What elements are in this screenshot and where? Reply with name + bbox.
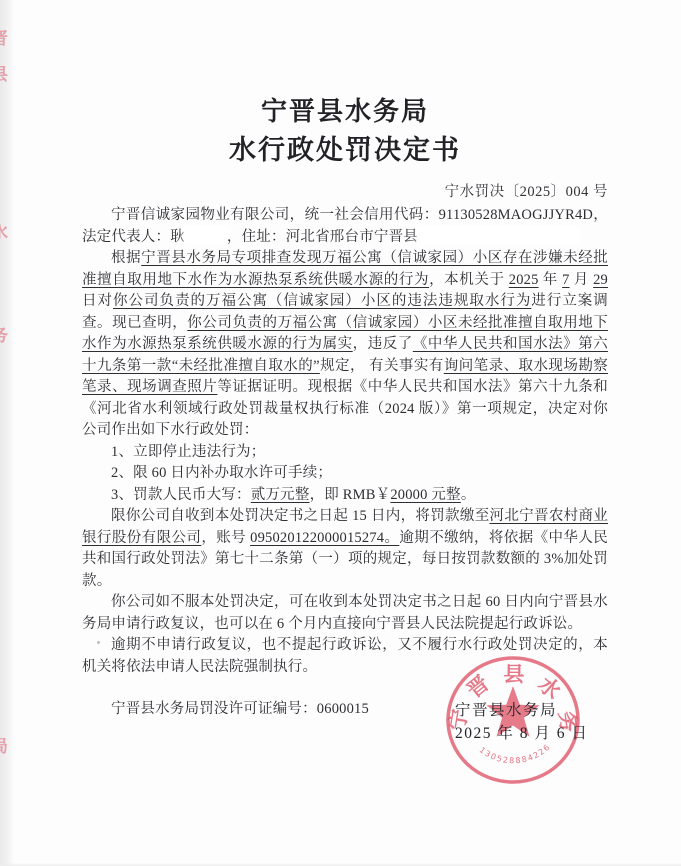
underlined-text: 7: [562, 272, 569, 288]
underlined-text: 2025: [509, 272, 539, 288]
issuing-authority-title: 宁晋县水务局: [82, 96, 608, 129]
underlined-text: 贰万元整: [251, 487, 310, 503]
body-text: 2、限 60 日内补办取水许可手续；: [111, 465, 332, 481]
party-info-paragraph: 宁晋信诚家园物业有限公司，统一社会信用代码：91130528MAOGJJYR4D…: [82, 205, 608, 248]
body-text: 日对: [82, 293, 113, 309]
body-text: ，违反了: [353, 336, 413, 352]
body-text: 你公司如不服本处罚决定，可在收到本处罚决定书之日起 60 日内向宁晋县水务局申请…: [82, 594, 608, 632]
body-text: 规定， 有关事实有: [320, 358, 444, 374]
body-text: 1、立即停止违法行为；: [111, 444, 265, 460]
edge-seal-fragment: 晋: [0, 30, 9, 48]
body-text: ，账号: [201, 530, 250, 546]
appeal-rights-paragraph: 你公司如不服本处罚决定，可在收到本处罚决定书之日起 60 日内向宁晋县水务局申请…: [82, 592, 608, 635]
underlined-text: 20000 元整: [390, 487, 460, 503]
penalty-item: 1、立即停止违法行为；: [82, 442, 608, 464]
body-text: 。: [461, 487, 476, 503]
document-type-title: 水行政处罚决定书: [82, 134, 608, 168]
underlined-text: 29: [593, 272, 608, 288]
edge-seal-fragment: 局: [0, 738, 9, 756]
body-text: ，本机关于: [429, 272, 509, 288]
document-number: 宁水罚决〔2025〕004 号: [82, 180, 608, 201]
underlined-text: 你公司负责的万福公寓（信诚家园）小区的违法违规取水行为: [113, 293, 531, 309]
body-text: ，即 RMB￥: [310, 487, 391, 503]
facts-and-basis-paragraph: 根据宁晋县水务局专项排查发现万福公寓（信诚家园）小区存在涉嫌未经批准擅自取用地下…: [82, 248, 608, 442]
edge-seal-fragment: 县: [0, 66, 9, 84]
underlined-text: 095020122000015274。: [250, 530, 399, 546]
penalty-item: 3、罚款人民币大写：贰万元整，即 RMB￥20000 元整。: [82, 485, 608, 507]
body-text: ，住址：河北省邢台市宁晋县: [227, 229, 418, 245]
redaction-box: [418, 228, 578, 243]
body-text: 年: [539, 272, 563, 288]
scanned-document-page: 晋 县 水 务 局 宁晋县水务局 水行政处罚决定书 宁水罚决〔2025〕004 …: [0, 0, 681, 866]
body-text: 根据: [111, 250, 141, 266]
edge-seal-fragment: 水: [0, 224, 9, 241]
edge-seal-fragment: 务: [0, 327, 9, 344]
body-text: 3、罚款人民币大写：: [111, 487, 251, 503]
signature-block: 宁晋县水务局 2025 年 8 月 6 日: [455, 699, 588, 745]
redaction-box: [185, 228, 227, 243]
body-text: 月: [570, 272, 594, 288]
payment-instructions-paragraph: 限你公司自收到本处罚决定书之日起 15 日内，将罚款缴至河北宁晋农村商业银行股份…: [82, 506, 608, 592]
body-text: 限你公司自收到本处罚决定书之日起 15 日内，将罚款缴至: [111, 508, 490, 524]
penalty-item: 2、限 60 日内补办取水许可手续；: [82, 463, 608, 485]
signature-org: 宁晋县水务局: [455, 699, 588, 722]
document-body: 宁晋县水务局 水行政处罚决定书 宁水罚决〔2025〕004 号 宁晋信诚家园物业…: [0, 0, 681, 721]
signature-date: 2025 年 8 月 6 日: [455, 722, 588, 745]
